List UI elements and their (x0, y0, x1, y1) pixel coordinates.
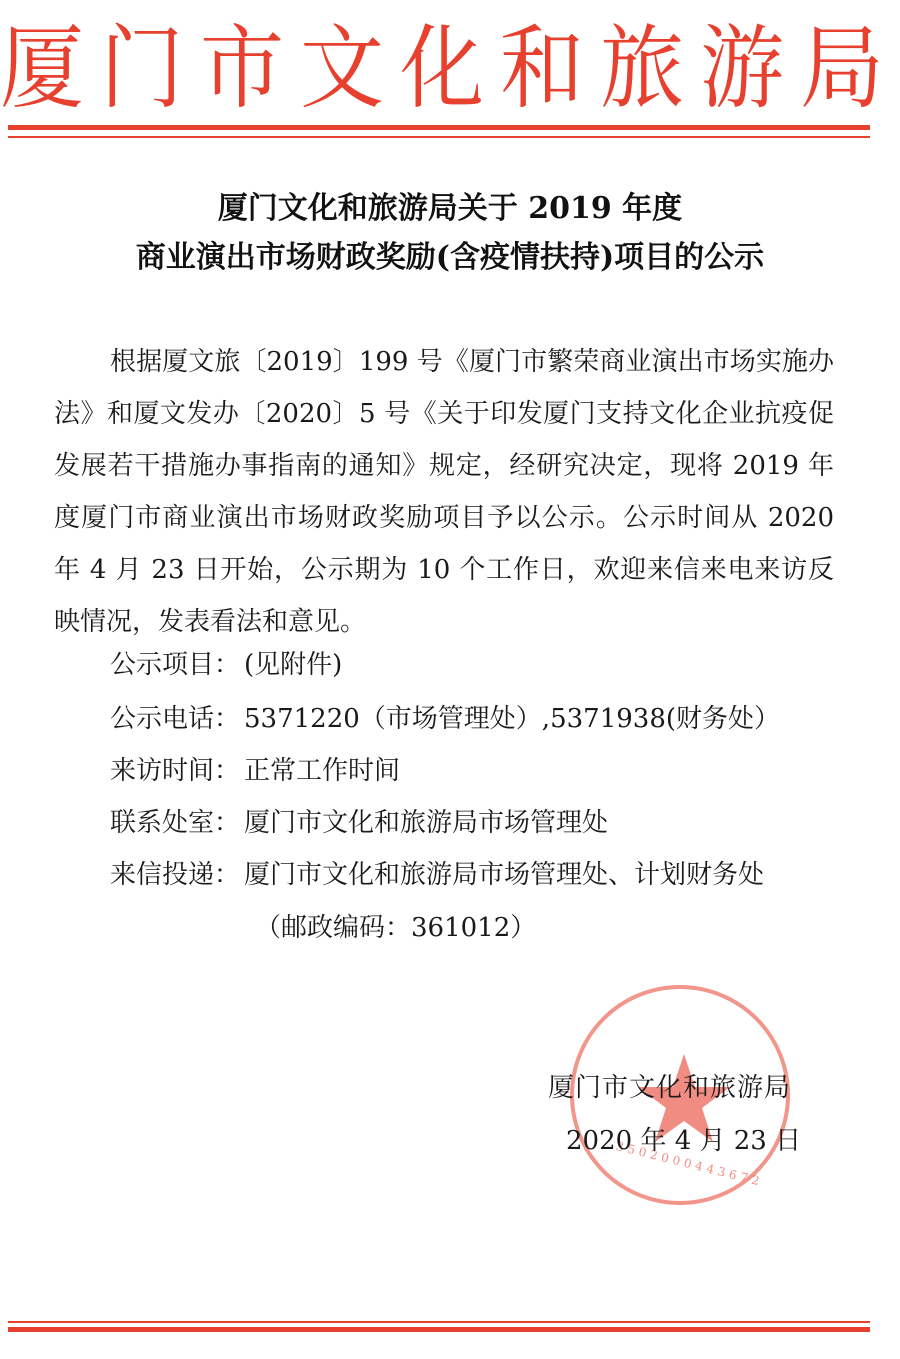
masthead-rule-thin (8, 136, 870, 138)
info-label: 来访时间： (110, 756, 240, 786)
info-project: 公示项目：(见附件) (110, 648, 342, 682)
info-phone: 公示电话：5371220（市场管理处）,5371938(财务处） (110, 702, 780, 736)
masthead-title: 厦门市文化和旅游局 (0, 14, 900, 122)
info-label: 公示项目： (110, 650, 240, 680)
document-title-line2: 商业演出市场财政奖励(含疫情扶持)项目的公示 (0, 232, 900, 276)
info-value: 正常工作时间 (244, 756, 400, 786)
info-value: (见附件) (244, 650, 342, 680)
footer-rule-thick (8, 1327, 870, 1332)
info-value: 5371220（市场管理处）,5371938(财务处） (244, 704, 780, 734)
info-label: 联系处室： (110, 808, 240, 838)
body-paragraph: 根据厦文旅〔2019〕199 号《厦门市繁荣商业演出市场实施办法》和厦文发办〔2… (54, 336, 834, 648)
postal-code: （邮政编码：361012） (255, 907, 536, 944)
masthead-rule-thick (8, 125, 870, 130)
info-label: 公示电话： (110, 704, 240, 734)
info-mail-to: 来信投递：厦门市文化和旅游局市场管理处、计划财务处 (110, 858, 764, 892)
info-label: 来信投递： (110, 860, 240, 890)
info-contact-office: 联系处室：厦门市文化和旅游局市场管理处 (110, 806, 608, 840)
document-title-line1: 厦门文化和旅游局关于 2019 年度 (0, 183, 900, 227)
signature-organization: 厦门市文化和旅游局 (548, 1067, 791, 1104)
footer-rule-thin (8, 1321, 870, 1323)
info-value: 厦门市文化和旅游局市场管理处 (244, 808, 608, 838)
info-value: 厦门市文化和旅游局市场管理处、计划财务处 (244, 860, 764, 890)
signature-date: 2020 年 4 月 23 日 (566, 1120, 801, 1157)
info-visit-time: 来访时间：正常工作时间 (110, 754, 400, 788)
